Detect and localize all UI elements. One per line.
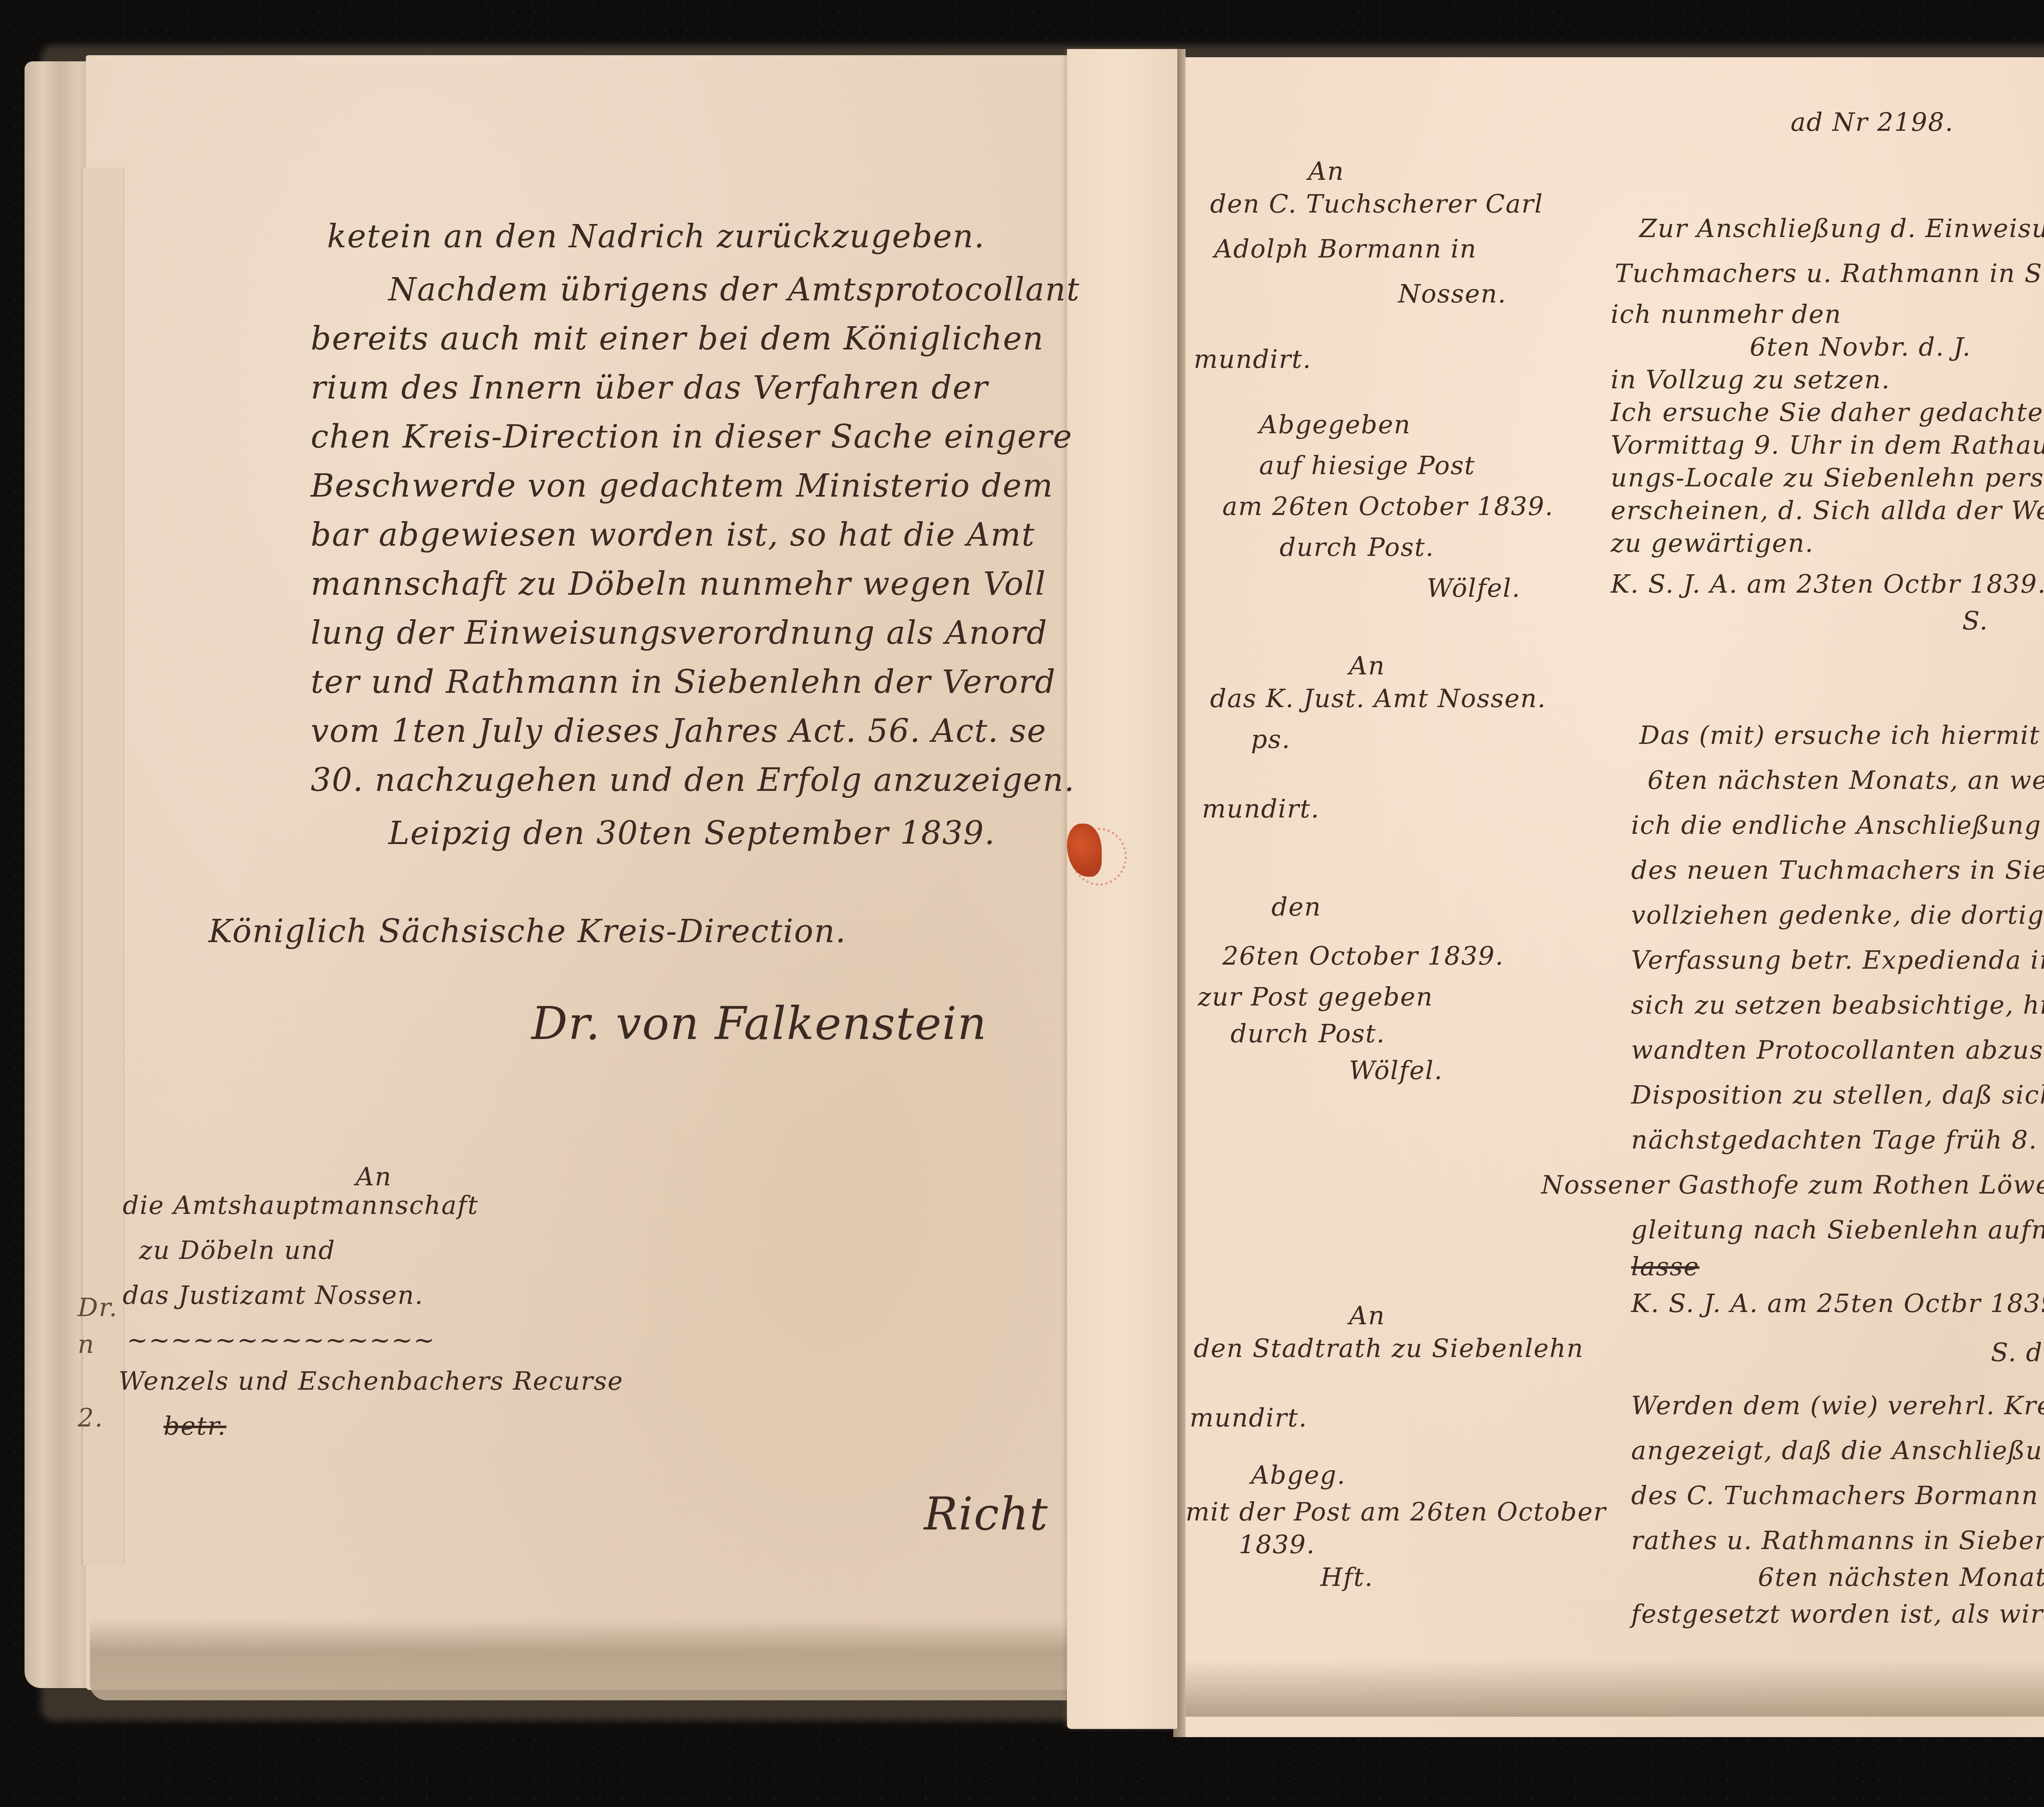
text-line: mannschaft zu Döbeln nunmehr wegen Voll xyxy=(311,560,1046,608)
draft-initial: S. d. xyxy=(1991,1332,2044,1373)
text-line: bar abgewiesen worden ist, so hat die Am… xyxy=(311,511,1035,559)
dispatch-date: am 26ten October 1839. xyxy=(1222,486,1554,526)
dispatch-line: zur Post gegeben xyxy=(1198,977,1433,1017)
red-wax-fragment xyxy=(1067,824,1102,877)
draft-line: Zur Anschließung d. Einweisung des hies. xyxy=(1639,208,2044,249)
entry-note: mundirt. xyxy=(1202,789,1320,829)
draft-date: K. S. J. A. am 23ten Octbr 1839. xyxy=(1611,564,2044,604)
inserted-paper-slip xyxy=(1067,49,1177,1729)
dispatch-line: den xyxy=(1271,887,1321,927)
margin-fragment: Dr. xyxy=(78,1288,118,1328)
entry-note: mundirt. xyxy=(1190,1398,1307,1438)
draft-initial: S. xyxy=(1962,601,1988,641)
struck-word: betr. xyxy=(164,1406,226,1446)
text-line: ketein an den Nadrich zurückzugeben. xyxy=(327,213,985,261)
text-line: rium des Innern über das Verfahren der xyxy=(311,364,988,412)
text-line: Nachdem übrigens der Amtsprotocollant xyxy=(388,266,1080,314)
text-line: chen Kreis-Direction in dieser Sache ein… xyxy=(311,413,1073,461)
entry-line: Nossen. xyxy=(1398,274,1507,314)
text-line: lung der Einweisungsverordnung als Anord xyxy=(311,609,1048,657)
wax-seal-remnant xyxy=(1067,824,1128,885)
issuing-authority: Königlich Sächsische Kreis-Direction. xyxy=(208,907,847,956)
draft-line: festgesetzt worden ist, als wird gedacht… xyxy=(1631,1594,2044,1634)
draft-line: wandten Protocollanten abzustellen zur xyxy=(1631,1030,2044,1070)
dispatch-method: durch Post. xyxy=(1280,527,1434,567)
entry-line: den Stadtrath zu Siebenlehn xyxy=(1194,1328,1584,1368)
address-line: zu Döbeln und xyxy=(139,1230,336,1270)
date-line: Leipzig den 30ten September 1839. xyxy=(388,809,995,858)
text-line: ter und Rathmann in Siebenlehn der Veror… xyxy=(311,658,1056,706)
margin-fragment: 2. xyxy=(78,1398,103,1438)
subject-line: Wenzels und Eschenbachers Recurse xyxy=(119,1361,623,1401)
draft-line: angezeigt, daß die Anschließung u. Einwe… xyxy=(1631,1431,2044,1471)
draft-line: nächstgedachten Tage früh 8. Uhr im xyxy=(1631,1120,2044,1160)
address-line: die Amtshauptmannschaft xyxy=(123,1185,479,1225)
draft-line: 6ten nächsten Monats, an welchem Tage xyxy=(1647,760,2044,800)
struck-word: lasse xyxy=(1631,1247,1699,1287)
draft-line: ich die endliche Anschließung u. Einweis… xyxy=(1631,805,2044,845)
draft-line: Werden dem (wie) verehrl. Kreisamte geho… xyxy=(1631,1386,2044,1426)
draft-line: Das (mit) ersuche ich hiermit auf den xyxy=(1639,715,2044,755)
dispatch-date: 26ten October 1839. xyxy=(1222,936,1504,976)
entry-note: mundirt. xyxy=(1194,339,1311,379)
bottom-fragment: Richt xyxy=(924,1488,1049,1540)
draft-line: 6ten nächsten Monats xyxy=(1758,1557,2044,1597)
clerk-signature: Wölfel. xyxy=(1349,1050,1443,1090)
draft-line: Tuchmachers u. Rathmann in Siebenlehn be… xyxy=(1615,253,2044,293)
draft-line: gleitung nach Siebenlehn aufnehmen xyxy=(1631,1210,2044,1250)
draft-line: des neuen Tuchmachers in Siebenlehn zu xyxy=(1631,850,2044,890)
signature: Dr. von Falkenstein xyxy=(531,997,987,1050)
draft-line: Disposition zu stellen, daß sich solche xyxy=(1631,1075,2044,1115)
clerk-signature: Hft. xyxy=(1320,1557,1374,1597)
draft-line: sich zu setzen beabsichtige, hierzu ge- xyxy=(1631,985,2044,1025)
right-page-water-stain xyxy=(1181,1659,2044,1717)
dispatch-line: auf hiesige Post xyxy=(1259,446,1475,486)
text-line: vom 1ten July dieses Jahres Act. 56. Act… xyxy=(311,707,1047,755)
dispatch-line: Abgeg. xyxy=(1251,1455,1346,1495)
separator-flourish: ~~~~~~~~~~~~~~ xyxy=(127,1320,435,1360)
draft-line: des C. Tuchmachers Bormann resp. als Sta… xyxy=(1631,1476,2044,1516)
entry-line: das K. Just. Amt Nossen. xyxy=(1210,678,1546,719)
address-line: das Justizamt Nossen. xyxy=(123,1275,424,1315)
text-line: 30. nachzugehen und den Erfolg anzuzeige… xyxy=(311,756,1075,804)
draft-line: zu gewärtigen. xyxy=(1611,523,1814,563)
text-line: Beschwerde von gedachtem Ministerio dem xyxy=(311,462,1053,510)
reference-number: ad Nr 2198. xyxy=(1791,102,1954,142)
draft-line: Nossener Gasthofe zum Rothen Löwen zur B… xyxy=(1541,1165,2044,1205)
entry-sub: ps. xyxy=(1251,719,1291,759)
dispatch-method: durch Post. xyxy=(1230,1014,1385,1054)
entry-line: Adolph Bormann in xyxy=(1214,229,1477,269)
draft-date: K. S. J. A. am 25ten Octbr 1839. xyxy=(1631,1283,2044,1323)
text-line: bereits auch mit einer bei dem Königlich… xyxy=(311,315,1044,363)
entry-line: den C. Tuchscherer Carl xyxy=(1210,184,1543,224)
draft-line: vollziehen gedenke, die dortige städtisc… xyxy=(1631,895,2044,935)
draft-line: Verfassung betr. Expedienda in Stelle xyxy=(1631,940,2044,980)
draft-line: rathes u. Rathmanns in Siebenlehn, auf d… xyxy=(1631,1520,2044,1561)
dispatch-date: 1839. xyxy=(1239,1525,1316,1565)
left-page-water-stain xyxy=(90,1619,1132,1700)
margin-fragment: n xyxy=(78,1324,95,1364)
clerk-signature: Wölfel. xyxy=(1427,568,1521,608)
dispatch-line: Abgegeben xyxy=(1259,405,1411,445)
